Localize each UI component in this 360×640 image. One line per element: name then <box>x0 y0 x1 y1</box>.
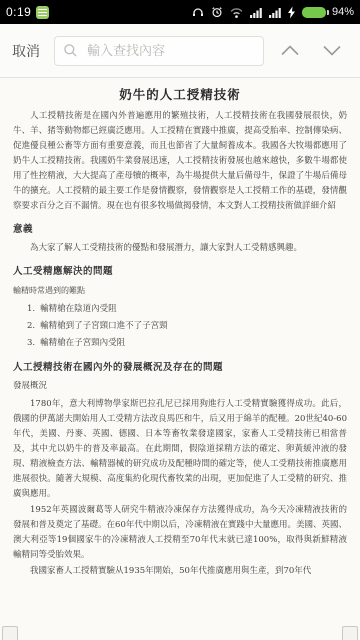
intro-paragraph: 人工授精技術是在國內外普遍應用的繁殖技術，人工授精技術在我國發展很快，奶牛、羊、… <box>13 109 347 214</box>
battery-icon <box>302 7 326 18</box>
wifi-icon <box>229 6 244 19</box>
notes-app-icon <box>36 6 49 19</box>
list-item: 1. 輸精槍在陰道內受阻 <box>27 301 347 318</box>
battery-percent-text: 94% <box>332 6 354 18</box>
development-subheading: 發展概況 <box>13 379 347 394</box>
section-heading-problems: 人工受精應解決的問題 <box>13 265 347 279</box>
section-heading-significance: 意義 <box>13 223 347 237</box>
find-toolbar: 取消 <box>0 24 360 78</box>
headset-icon <box>191 5 205 19</box>
find-previous-button[interactable] <box>274 41 306 60</box>
problems-subtitle: 輸精時常遇到的難點 <box>13 283 347 298</box>
alarm-icon <box>210 5 224 19</box>
list-item: 3. 輸精槍在子宮頸內受阻 <box>27 335 347 352</box>
search-icon <box>63 43 78 58</box>
page-corner-left-button[interactable] <box>2 626 18 640</box>
list-item: 2. 輸精槍到了子宮頸口進不了子宮頸 <box>27 318 347 335</box>
clock-text: 0:19 <box>6 5 31 19</box>
charging-bolt-icon <box>287 6 296 19</box>
development-paragraph-1: 1780年，意大利博物學家斯巴拉孔尼已採用狗進行人工受精實驗獲得成功。此后，俄國… <box>13 397 347 502</box>
find-next-button[interactable] <box>316 41 348 60</box>
search-box[interactable] <box>54 36 264 66</box>
significance-paragraph: 為大家了解人工受精技術的優點和發展潛力，讓大家對人工受精感興趣。 <box>13 241 347 256</box>
document-page[interactable]: 奶牛的人工授精技術 人工授精技術是在國內外普遍應用的繁殖技術，人工授精技術在我國… <box>0 78 360 640</box>
document-title: 奶牛的人工授精技術 <box>13 86 347 104</box>
development-paragraph-3: 我國家畜人工授精實驗从1935年開始，50年代推廣應用與生產，到70年代 <box>13 564 347 579</box>
status-bar: 0:19 94% <box>0 0 360 24</box>
signal2-icon <box>268 6 282 19</box>
page-corner-right-button[interactable] <box>342 626 358 640</box>
development-paragraph-2: 1952年英國波爾葛等人研究牛精液冷凍保存方法獲得成功，為今天冷凍精液技術的發展… <box>13 503 347 563</box>
search-input[interactable] <box>85 42 255 59</box>
section-heading-development: 人工授精技術在國內外的發展概況及存在的問題 <box>13 361 347 375</box>
signal-icon <box>249 6 263 19</box>
cancel-button[interactable]: 取消 <box>12 41 40 61</box>
problems-list: 1. 輸精槍在陰道內受阻 2. 輸精槍到了子宮頸口進不了子宮頸 3. 輸精槍在子… <box>13 301 347 352</box>
